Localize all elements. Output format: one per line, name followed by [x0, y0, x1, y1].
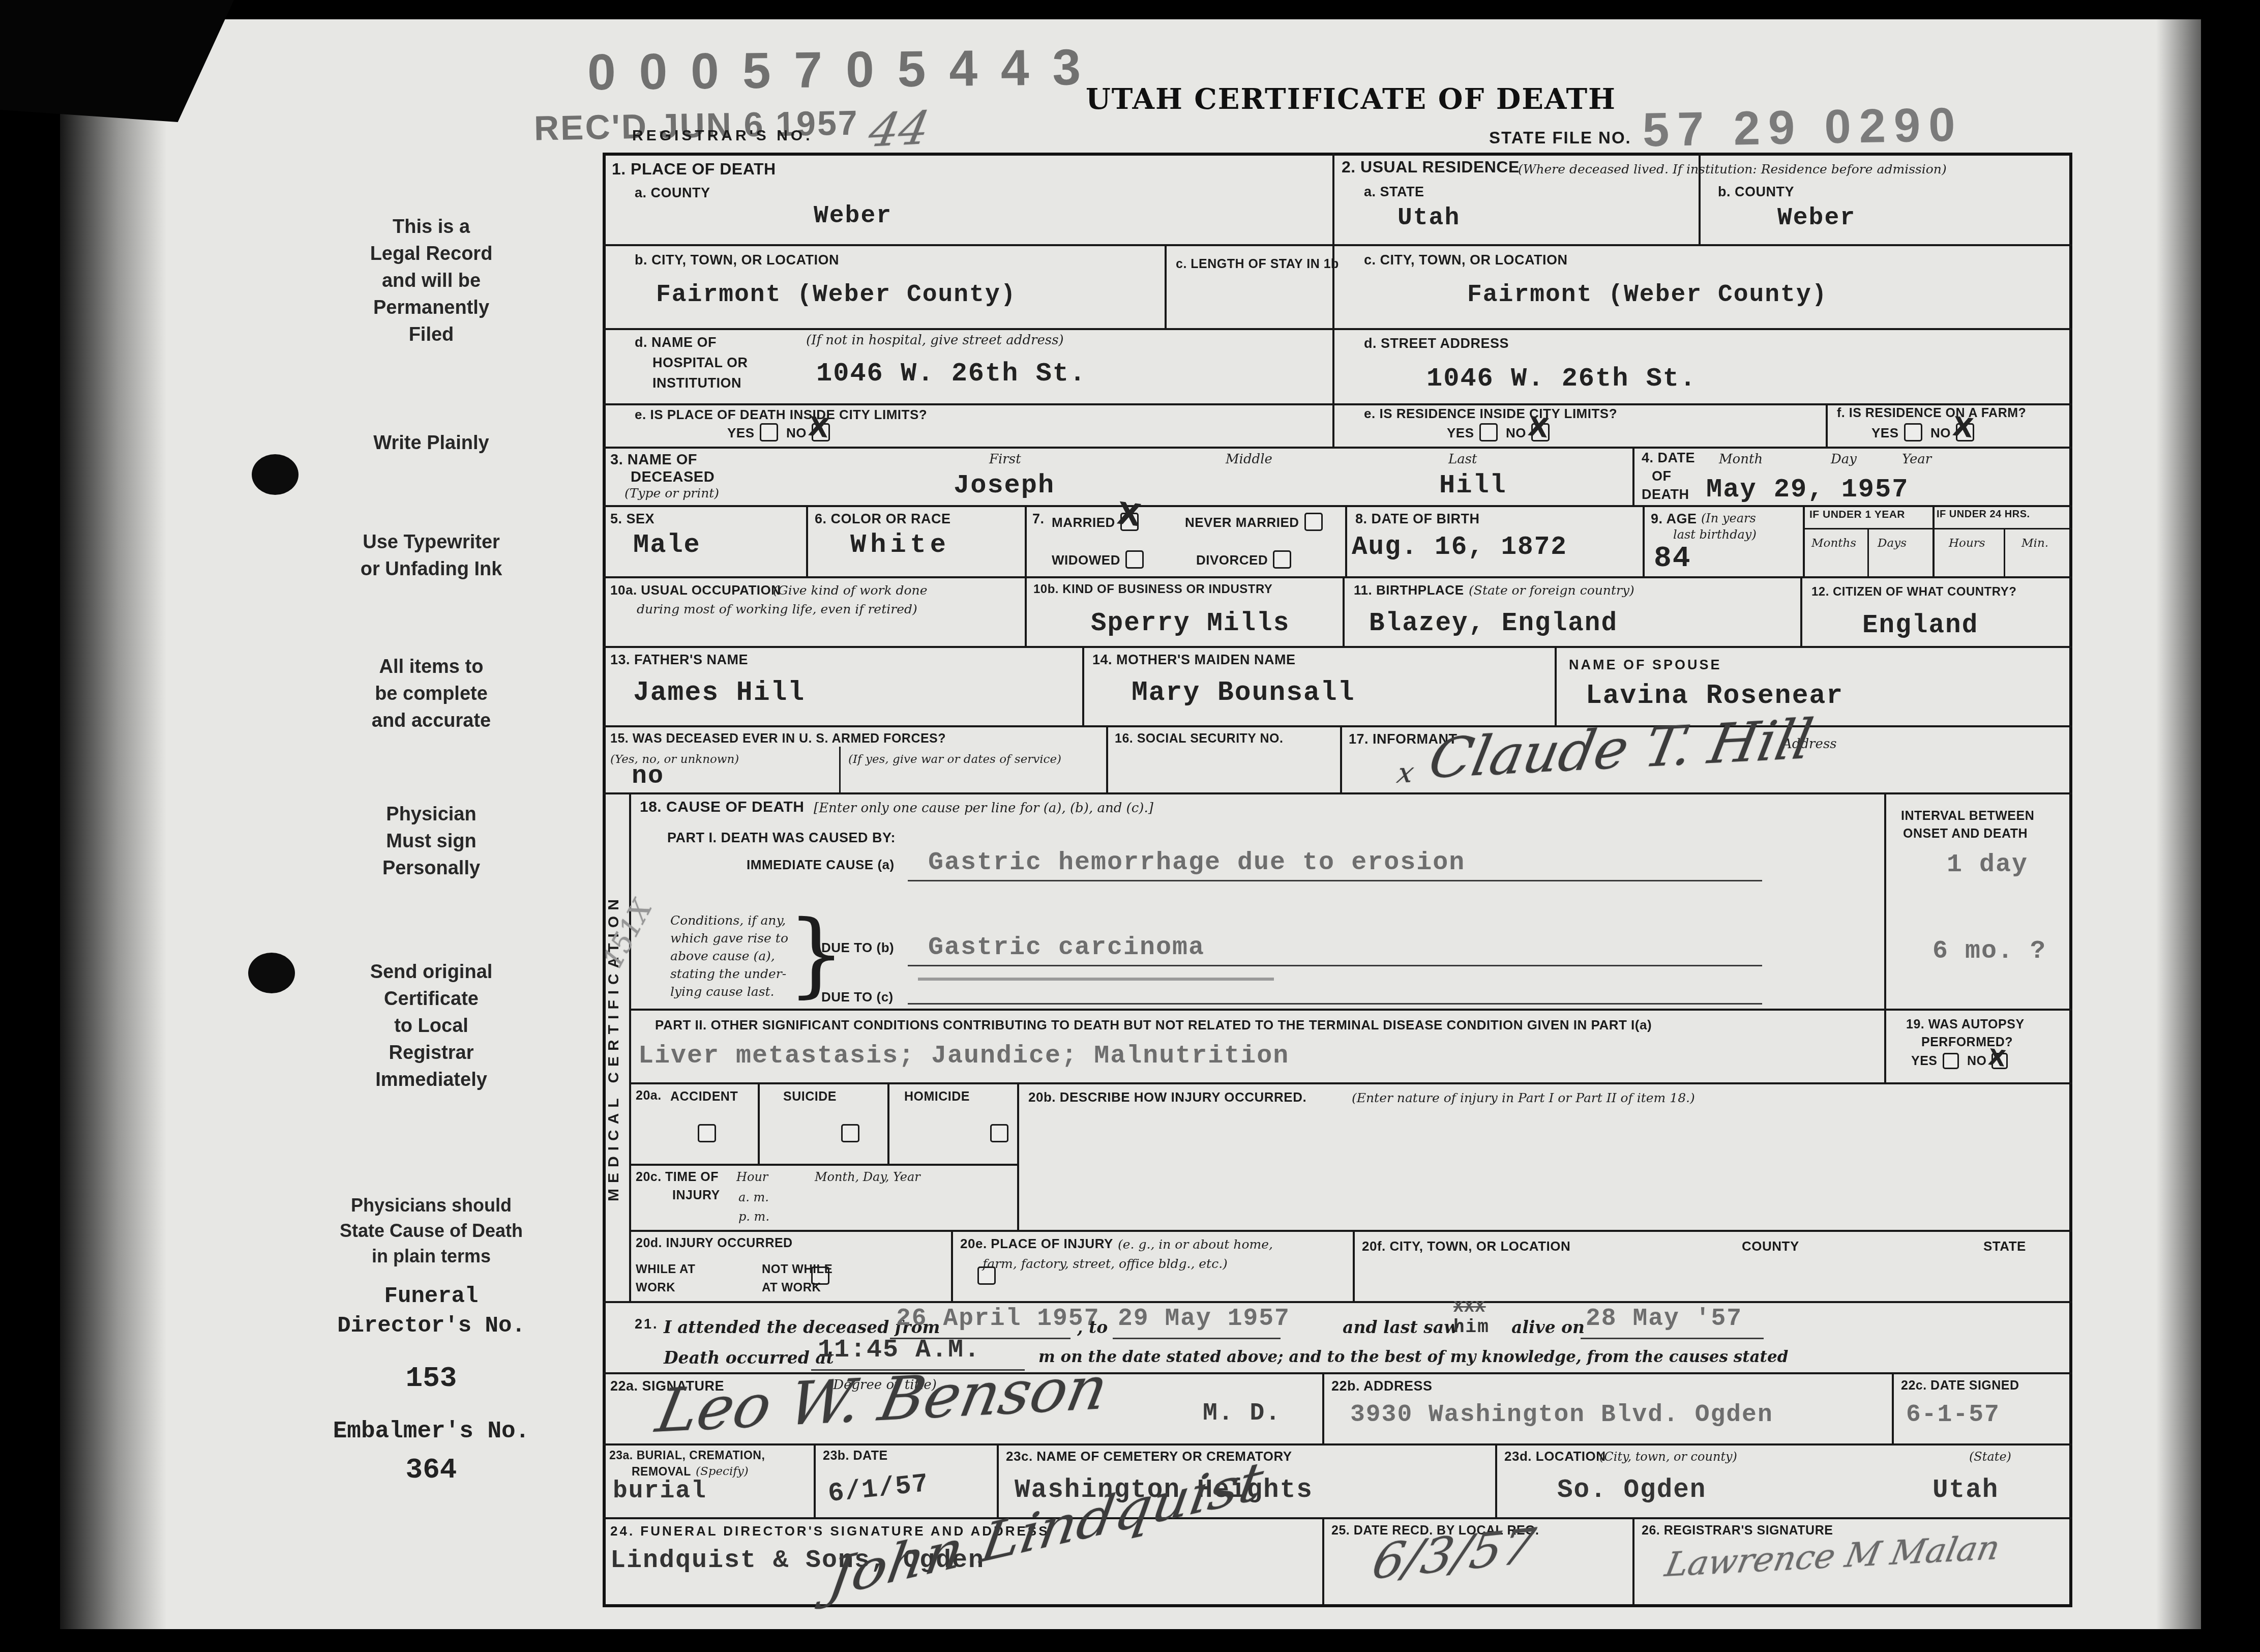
- rule-v: [1884, 792, 1886, 1082]
- state-file-no-label: STATE FILE NO.: [1489, 128, 1631, 147]
- s6-label: 6. COLOR OR RACE: [815, 511, 951, 527]
- margin-note-complete: All items tobe complete and accurate: [279, 654, 584, 734]
- s2d-value: 1046 W. 26th St.: [1426, 364, 1697, 394]
- homicide-checkbox[interactable]: [990, 1124, 1008, 1142]
- s21-struck-word: XXX him: [1453, 1298, 1490, 1338]
- s23d-label: 23d. LOCATION: [1504, 1449, 1606, 1464]
- rule-v: [839, 747, 841, 792]
- s7-widowed: WIDOWED: [1052, 550, 1150, 569]
- s15-note2: (If yes, give war or dates of service): [848, 753, 1061, 766]
- s20c-mdy-label: Month, Day, Year: [815, 1170, 920, 1184]
- widowed-checkbox[interactable]: [1125, 550, 1144, 569]
- rule-v: [1165, 244, 1167, 328]
- rule-h: [629, 1009, 2072, 1011]
- rule-v: [1082, 646, 1084, 725]
- s2b-value: Weber: [1777, 204, 1856, 232]
- s18-part1: PART I. DEATH WAS CAUSED BY:: [667, 830, 896, 846]
- yes-checkbox[interactable]: [760, 423, 778, 441]
- s20c-hour-label: Hour: [736, 1170, 768, 1184]
- s1c-label: c. LENGTH OF STAY IN 1b: [1176, 257, 1339, 272]
- rule-underline: [908, 1003, 1762, 1005]
- yes-checkbox[interactable]: [1904, 423, 1922, 441]
- s3-label2: DECEASED: [631, 469, 715, 486]
- s3-last-value: Hill: [1439, 470, 1507, 500]
- s23d-note: (City, town, or county): [1599, 1450, 1737, 1464]
- s1d-label2: HOSPITAL OR: [652, 355, 748, 371]
- rule-v: [2004, 528, 2005, 576]
- s10b-label: 10b. KIND OF BUSINESS OR INDUSTRY: [1033, 582, 1272, 597]
- no-checkbox[interactable]: X: [1956, 423, 1974, 441]
- s2e-checkgroup: YES NOX: [1447, 423, 1556, 441]
- rule-h: [603, 447, 2072, 449]
- s21-num: 21.: [635, 1316, 659, 1332]
- yes-checkbox[interactable]: [1943, 1053, 1959, 1069]
- s2b-label: b. COUNTY: [1718, 184, 1794, 200]
- s2f-label: f. IS RESIDENCE ON A FARM?: [1837, 406, 2026, 421]
- s20a-homicide-label: HOMICIDE: [904, 1089, 970, 1104]
- rule-h: [629, 1082, 2072, 1084]
- s3-label: 3. NAME OF: [610, 452, 697, 468]
- s20c-am-label: a. m.: [738, 1190, 769, 1204]
- rule-h: [603, 403, 2072, 405]
- rule-h: [603, 646, 2072, 648]
- no-checkbox[interactable]: X: [1531, 423, 1550, 441]
- s15-value: no: [632, 762, 664, 791]
- rule-v: [951, 1230, 953, 1301]
- s13-label: 13. FATHER'S NAME: [610, 652, 748, 668]
- s15-note1: (Yes, no, or unknown): [610, 753, 739, 766]
- s5-label: 5. SEX: [610, 511, 655, 527]
- divorced-checkbox[interactable]: [1273, 550, 1291, 569]
- s20d-notwhile-label: NOT WHILE: [762, 1262, 832, 1277]
- s3-first-label: First: [989, 452, 1021, 467]
- s1d-label3: INSTITUTION: [652, 375, 741, 391]
- s1d-note: (If not in hospital, give street address…: [806, 333, 1064, 348]
- s18-immediate-label: IMMEDIATE CAUSE (a): [747, 857, 895, 873]
- s18-note: [Enter only one cause per line for (a), …: [814, 801, 1153, 816]
- s7-divorced: DIVORCED: [1196, 550, 1297, 569]
- s23d-state-value: Utah: [1932, 1476, 1999, 1505]
- rule-v: [997, 1443, 999, 1517]
- s1-title: 1. PLACE OF DEATH: [612, 160, 776, 179]
- part2-label: PART II. OTHER SIGNIFICANT CONDITIONS CO…: [655, 1017, 1652, 1033]
- s19-checkgroup: YES NOX: [1911, 1053, 2014, 1069]
- s4-month-label: Month: [1719, 452, 1763, 467]
- s2c-label: c. CITY, TOWN, OR LOCATION: [1364, 252, 1568, 268]
- binding-shadow-left: [60, 19, 167, 1629]
- s9-label: 9. AGE: [1651, 511, 1697, 527]
- rule-v: [1632, 447, 1634, 505]
- rule-v: [1322, 1517, 1324, 1604]
- s23b-label: 23b. DATE: [823, 1449, 888, 1463]
- s3-middle-label: Middle: [1226, 452, 1272, 467]
- s9-note1: (In years: [1701, 511, 1756, 525]
- s19-label1: 19. WAS AUTOPSY: [1906, 1017, 2025, 1032]
- s14-value: Mary Bounsall: [1132, 677, 1355, 708]
- rule-v: [1345, 505, 1347, 576]
- rule-v: [1025, 505, 1027, 576]
- interval-label2: ONSET AND DEATH: [1903, 827, 2028, 841]
- s16-label: 16. SOCIAL SECURITY NO.: [1115, 731, 1283, 746]
- s9-hours-label: Hours: [1949, 537, 1985, 550]
- s2c-value: Fairmont (Weber County): [1467, 281, 1828, 309]
- rule-v: [814, 1443, 816, 1517]
- s9-note2: last birthday): [1673, 527, 1757, 542]
- s2a-value: Utah: [1397, 204, 1460, 232]
- rule-h: [603, 244, 2072, 246]
- spouse-label: NAME OF SPOUSE: [1569, 657, 1722, 673]
- s1a-label: a. COUNTY: [635, 185, 710, 201]
- s21-to-date: 29 May 1957: [1118, 1305, 1290, 1333]
- rule-v: [1632, 1517, 1634, 1604]
- rule-v: [1322, 1372, 1324, 1443]
- s2f-checkgroup: YES NOX: [1871, 423, 1980, 441]
- s9-days-label: Days: [1878, 537, 1907, 550]
- s20e-note1: (e. g., in or about home,: [1118, 1237, 1273, 1252]
- s5-value: Male: [633, 530, 701, 560]
- s1b-label: b. CITY, TOWN, OR LOCATION: [635, 252, 839, 268]
- s23a-note: (Specify): [696, 1465, 749, 1478]
- s20f-county-label: COUNTY: [1742, 1238, 1799, 1254]
- s8-label: 8. DATE OF BIRTH: [1355, 511, 1480, 527]
- s20f-label: 20f. CITY, TOWN, OR LOCATION: [1362, 1238, 1570, 1254]
- rule-v: [1017, 1082, 1019, 1230]
- s18-label: 18. CAUSE OF DEATH: [640, 799, 805, 816]
- rule-v: [887, 1082, 889, 1164]
- rule-v: [1643, 505, 1645, 576]
- s4-label: 4. DATE: [1642, 450, 1695, 466]
- s20b-note: (Enter nature of injury in Part I or Par…: [1352, 1090, 1695, 1105]
- s21-lastseen-date: 28 May '57: [1586, 1305, 1742, 1333]
- registrars-no-label: REGISTRAR'S NO.: [632, 127, 813, 144]
- s18-interval-a: 1 day: [1947, 850, 2028, 879]
- rule-underline: [908, 965, 1762, 966]
- s20d-label: 20d. INJURY OCCURRED: [636, 1236, 793, 1251]
- margin-note-plain-terms: Physicians shouldState Cause of Death in…: [258, 1193, 604, 1269]
- s9-under1-label: IF UNDER 1 YEAR: [1809, 509, 1905, 521]
- s20a-num: 20a.: [636, 1088, 662, 1103]
- s15-label: 15. WAS DECEASED EVER IN U. S. ARMED FOR…: [610, 731, 946, 746]
- s12-label: 12. CITIZEN OF WHAT COUNTRY?: [1811, 585, 2016, 599]
- state-file-no-stamp: 57 29 0290: [1642, 97, 1964, 158]
- s20e-label: 20e. PLACE OF INJURY: [960, 1236, 1113, 1252]
- rule-v: [1340, 725, 1342, 792]
- s23a-value: burial: [613, 1478, 707, 1505]
- rule-h: [603, 505, 2072, 507]
- margin-note-send-original: Send originalCertificate to LocalRegistr…: [279, 959, 584, 1094]
- rule-v: [1867, 528, 1869, 576]
- margin-note-physician-sign: PhysicianMust sign Personally: [279, 801, 584, 882]
- s13-value: James Hill: [633, 677, 805, 708]
- yes-checkbox[interactable]: [1479, 423, 1498, 441]
- rule-h: [603, 1443, 2072, 1445]
- certificate-title: UTAH CERTIFICATE OF DEATH: [1086, 82, 1616, 116]
- s20c-label1: 20c. TIME OF: [636, 1170, 719, 1185]
- s22a-degree-value: M. D.: [1203, 1400, 1281, 1427]
- s7-never-married: NEVER MARRIED: [1185, 513, 1329, 531]
- s4-day-label: Day: [1831, 452, 1857, 467]
- rule-v: [758, 1082, 760, 1164]
- s20c-pm-label: p. m.: [738, 1209, 769, 1224]
- rule-h: [603, 1301, 2072, 1303]
- s21-text5: Death occurred at: [664, 1348, 834, 1368]
- rule-v: [1343, 576, 1345, 646]
- no-checkbox[interactable]: X: [812, 423, 830, 441]
- page-shadow-right: [2156, 19, 2201, 1629]
- s18-interval-b: 6 mo. ?: [1932, 937, 2046, 966]
- s9-under24-label: IF UNDER 24 HRS.: [1937, 509, 2030, 520]
- rule-underline: [1581, 1338, 1764, 1339]
- s22c-value: 6-1-57: [1906, 1401, 2000, 1429]
- s20e-note2: farm, factory, street, office bldg., etc…: [983, 1256, 1228, 1271]
- rule-v: [629, 792, 631, 1301]
- s10a-label: 10a. USUAL OCCUPATION: [610, 582, 781, 598]
- s4-label3: DEATH: [1642, 487, 1689, 503]
- s20d-notwhile-label2: AT WORK: [762, 1281, 821, 1295]
- s23d-state-note: (State): [1969, 1450, 2011, 1464]
- s4-year-label: Year: [1902, 452, 1931, 467]
- s10b-value: Sperry Mills: [1091, 609, 1290, 638]
- s1d-label: d. NAME OF: [635, 335, 717, 350]
- s20d-while-label: WHILE AT: [636, 1262, 695, 1277]
- never-married-checkbox[interactable]: [1304, 513, 1323, 531]
- punch-hole: [252, 454, 299, 495]
- s21-time-value: 11:45 A.M.: [818, 1336, 980, 1365]
- s2e-label: e. IS RESIDENCE INSIDE CITY LIMITS?: [1364, 406, 1617, 422]
- s21-text2: , to: [1077, 1317, 1108, 1337]
- rule-h: [603, 1517, 2072, 1519]
- s10a-note1: (Give kind of work done: [773, 583, 927, 598]
- margin-note-legal-record: This is aLegal Record and will bePermane…: [279, 214, 584, 348]
- spouse-value: Lavina Rosenear: [1586, 681, 1843, 711]
- s9-months-label: Months: [1811, 537, 1856, 550]
- s18-due-c-label: DUE TO (c): [821, 989, 894, 1005]
- s9-min-label: Min.: [2021, 537, 2048, 550]
- s20b-label: 20b. DESCRIBE HOW INJURY OCCURRED.: [1028, 1089, 1306, 1105]
- funeral-directors-no-label: FuneralDirector's No.: [258, 1282, 604, 1341]
- margin-note-write-plainly: Write Plainly: [279, 430, 584, 457]
- rule-v: [1025, 576, 1027, 646]
- rule-underline: [1113, 1338, 1281, 1339]
- s12-value: England: [1862, 611, 1978, 640]
- s10a-note2: during most of working life, even if ret…: [637, 602, 917, 616]
- rule-v: [1826, 403, 1828, 447]
- s6-value: White: [850, 530, 950, 560]
- s18-due-b-label: DUE TO (b): [821, 940, 894, 956]
- s2a-label: a. STATE: [1364, 184, 1424, 200]
- death-certificate-scan: This is aLegal Record and will bePermane…: [0, 0, 2260, 1652]
- s2d-label: d. STREET ADDRESS: [1364, 336, 1509, 351]
- accident-checkbox[interactable]: [698, 1124, 716, 1142]
- s22c-label: 22c. DATE SIGNED: [1901, 1378, 2019, 1393]
- serial-number-stamp: 0005705443: [587, 38, 1104, 102]
- s20f-state-label: STATE: [1983, 1238, 2026, 1254]
- s2-note: (Where deceased lived. If institution: R…: [1518, 162, 1947, 176]
- smudge-line: [918, 978, 1274, 981]
- rule-v: [1332, 153, 1334, 447]
- rule-h: [629, 1230, 2072, 1232]
- rule-v: [806, 505, 808, 576]
- s2-title: 2. USUAL RESIDENCE: [1342, 158, 1520, 176]
- married-checkbox[interactable]: X: [1120, 513, 1139, 531]
- rule-h: [603, 328, 2072, 330]
- s4-label2: OF: [1652, 468, 1672, 484]
- s1e-checkgroup: YES NOX: [727, 423, 836, 441]
- s21-text6: m on the date stated above; and to the b…: [1038, 1348, 1788, 1366]
- s23a-label2: REMOVAL: [632, 1465, 691, 1479]
- rule-v: [1803, 505, 1805, 576]
- s18-cause-a-value: Gastric hemorrhage due to erosion: [928, 848, 1465, 877]
- s4-value: May 29, 1957: [1706, 475, 1909, 505]
- funeral-directors-no-value: 153: [258, 1362, 604, 1395]
- rule-v: [1932, 505, 1935, 576]
- s1a-value: Weber: [814, 202, 892, 230]
- s3-first-value: Joseph: [954, 470, 1055, 500]
- s20c-label2: INJURY: [672, 1188, 720, 1203]
- s7-married: MARRIEDX: [1052, 513, 1145, 531]
- rule-h: [603, 725, 2072, 727]
- s1e-label: e. IS PLACE OF DEATH INSIDE CITY LIMITS?: [635, 407, 927, 423]
- s26-label: 26. REGISTRAR'S SIGNATURE: [1642, 1523, 1833, 1538]
- rule-v: [1495, 1443, 1497, 1517]
- rule-h: [1803, 528, 2072, 529]
- s7-num: 7.: [1032, 511, 1045, 527]
- s9-value: 84: [1654, 542, 1691, 575]
- s20a-accident-label: ACCIDENT: [670, 1089, 738, 1104]
- s11-label: 11. BIRTHPLACE: [1354, 582, 1464, 598]
- s22b-label: 22b. ADDRESS: [1331, 1378, 1433, 1394]
- s20a-suicide-label: SUICIDE: [783, 1089, 837, 1104]
- s8-value: Aug. 16, 1872: [1352, 533, 1567, 562]
- s11-value: Blazey, England: [1369, 609, 1618, 638]
- s14-label: 14. MOTHER'S MAIDEN NAME: [1092, 652, 1295, 668]
- part2-value: Liver metastasis; Jaundice; Malnutrition: [638, 1042, 1289, 1071]
- embalmers-no-label: Embalmer's No.: [253, 1418, 609, 1444]
- rule-v: [1800, 576, 1802, 646]
- suicide-checkbox[interactable]: [841, 1124, 859, 1142]
- s21-from-date: 26 April 1957: [896, 1305, 1099, 1333]
- medical-certification-label: MEDICAL CERTIFICATION: [605, 804, 629, 1292]
- interval-label1: INTERVAL BETWEEN: [1901, 809, 2034, 823]
- s3-note: (Type or print): [625, 486, 719, 500]
- s23d-city-value: So. Ogden: [1557, 1476, 1706, 1505]
- s1b-value: Fairmont (Weber County): [656, 281, 1017, 309]
- s3-last-label: Last: [1448, 452, 1477, 467]
- embalmers-no-value: 364: [258, 1454, 604, 1486]
- s23a-label: 23a. BURIAL, CREMATION,: [609, 1449, 765, 1462]
- registrars-no-handwritten: 44: [865, 101, 934, 158]
- s21-text3: and last saw: [1343, 1317, 1459, 1337]
- rule-h: [603, 576, 2072, 578]
- margin-note-typewriter: Use Typewriteror Unfading Ink: [269, 529, 594, 583]
- s11-note: (State or foreign country): [1469, 583, 1634, 598]
- s20d-while-label2: WORK: [636, 1281, 675, 1295]
- no-checkbox[interactable]: X: [1991, 1053, 2008, 1069]
- rule-v: [1555, 646, 1557, 725]
- s1d-value: 1046 W. 26th St.: [816, 359, 1086, 389]
- rule-underline: [908, 880, 1762, 881]
- s22b-value: 3930 Washington Blvd. Ogden: [1350, 1401, 1773, 1429]
- s18-cause-b-value: Gastric carcinoma: [928, 933, 1205, 962]
- rule-v: [1106, 725, 1108, 792]
- s21-text4: alive on: [1511, 1317, 1585, 1337]
- rule-h: [603, 792, 2072, 794]
- rule-h: [629, 1164, 1017, 1166]
- s18-conditions-note: Conditions, if any,which gave rise toabo…: [670, 911, 788, 1000]
- rule-v: [1892, 1372, 1894, 1443]
- rule-v: [1353, 1230, 1355, 1301]
